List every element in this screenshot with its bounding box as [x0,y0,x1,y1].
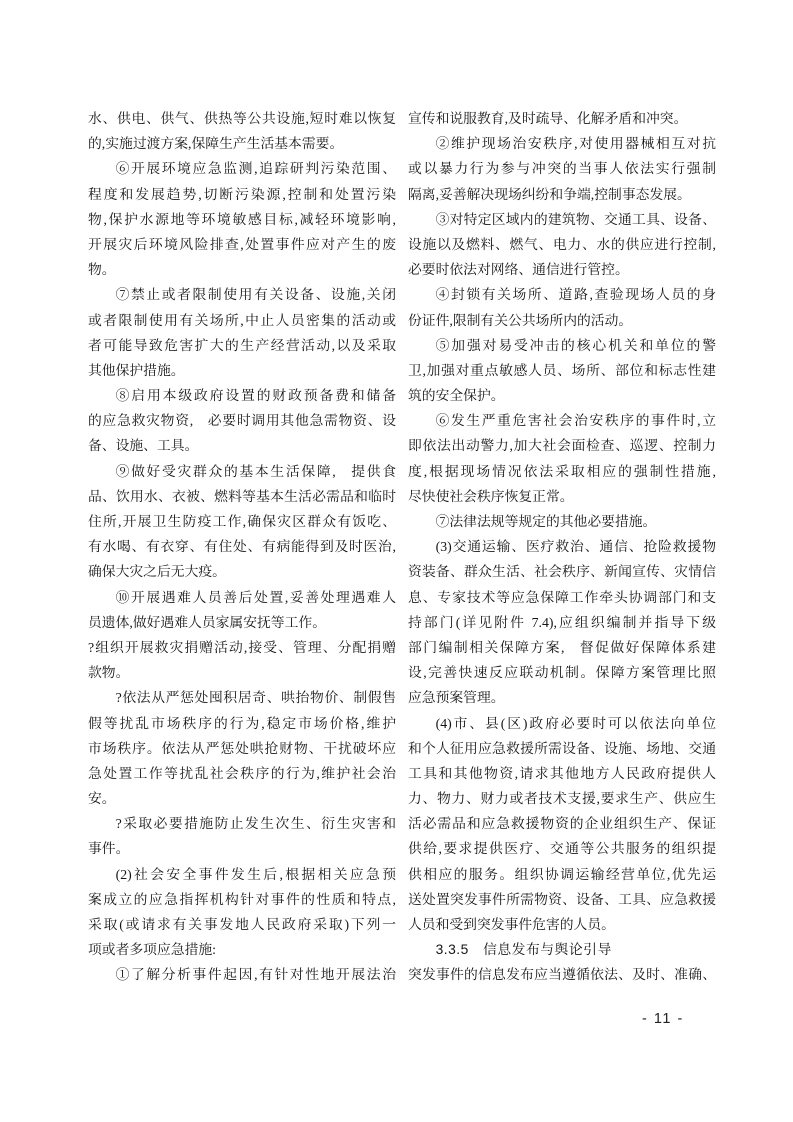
text-line: 供相应的服务。组织协调运输经营单位,优先运 [408,862,716,887]
text-line: 开展灾后环境风险排查,处置事件应对产生的废 [88,232,396,257]
text-line: 工具和其他物资,请求其他地方人民政府提供人 [408,761,716,786]
text-line: ③对特定区域内的建筑物、交通工具、设备、 [408,207,716,232]
text-line: ⑥开展环境应急监测,追踪研判污染范围、 [88,156,396,181]
text-line: ⑥发生严重危害社会治安秩序的事件时,立 [408,408,716,433]
text-line: 其他保护措施。 [88,358,396,383]
text-line: 活必需品和应急救援物资的企业组织生产、保证 [408,811,716,836]
text-line: ?采取必要措施防止发生次生、衍生灾害和 [88,811,396,836]
text-line: 程度和发展趋势,切断污染源,控制和处置污染 [88,182,396,207]
text-line: 设,完善快速反应联动机制。保障方案管理比照 [408,660,716,685]
section-heading: 3.3.5 信息发布与舆论引导 [408,937,716,962]
text-line: 人员和受到突发事件危害的人员。 [408,912,716,937]
text-line: 的,实施过渡方案,保障生产生活基本需要。 [88,131,396,156]
text-line: 隔离,妥善解决现场纠纷和争端,控制事态发展。 [408,182,716,207]
text-line: 备、设施、工具。 [88,433,396,458]
text-line: 物,保护水源地等环境敏感目标,减轻环境影响, [88,207,396,232]
text-line: 设施以及燃料、燃气、电力、水的供应进行控制, [408,232,716,257]
text-line: ⑩开展遇难人员善后处置,妥善处理遇难人 [88,585,396,610]
text-line: 员遗体,做好遇难人员家属安抚等工作。 [88,610,396,635]
text-line: ?依法从严惩处囤积居奇、哄抬物价、制假售 [88,685,396,710]
text-line: 卫,加强对重点敏感人员、场所、部位和标志性建 [408,358,716,383]
text-line: 即依法出动警力,加大社会面检查、巡逻、控制力 [408,433,716,458]
text-line: 住所,开展卫生防疫工作,确保灾区群众有饭吃、 [88,509,396,534]
text-line: 或者限制使用有关场所,中止人员密集的活动或 [88,308,396,333]
text-line: 项或者多项应急措施: [88,937,396,962]
text-line: 度,根据现场情况依法采取相应的强制性措施, [408,459,716,484]
text-line: 突发事件的信息发布应当遵循依法、及时、准确、 [408,962,716,987]
text-line: 采取(或请求有关事发地人民政府采取)下列一 [88,912,396,937]
text-line: (4)市、县(区)政府必要时可以依法向单位 [408,711,716,736]
text-line: 资装备、群众生活、社会秩序、新闻宣传、灾情信 [408,559,716,584]
page-number: - 11 - [642,1011,684,1027]
text-line: ⑧启用本级政府设置的财政预备费和储备 [88,383,396,408]
column-left: 水、供电、供气、供热等公共设施,短时难以恢复的,实施过渡方案,保障生产生活基本需… [88,106,396,988]
column-right: 宣传和说服教育,及时疏导、化解矛盾和冲突。②维护现场治安秩序,对使用器械相互对抗… [408,106,716,988]
text-line: 力、物力、财力或者技术支援,要求生产、供应生 [408,786,716,811]
text-line: 款物。 [88,660,396,685]
text-line: 份证件,限制有关公共场所内的活动。 [408,308,716,333]
text-line: ⑦禁止或者限制使用有关设备、设施,关闭 [88,282,396,307]
text-line: 有水喝、有衣穿、有住处、有病能得到及时医治, [88,534,396,559]
text-line: 急处置工作等扰乱社会秩序的行为,维护社会治 [88,761,396,786]
text-line: 案成立的应急指挥机构针对事件的性质和特点, [88,887,396,912]
text-line: 确保大灾之后无大疫。 [88,559,396,584]
text-line: ④封锁有关场所、道路,查验现场人员的身 [408,282,716,307]
text-line: (3)交通运输、医疗救治、通信、抢险救援物 [408,534,716,559]
text-line: 假等扰乱市场秩序的行为,稳定市场价格,维护 [88,711,396,736]
text-line: 物。 [88,257,396,282]
text-line: 和个人征用应急救援所需设备、设施、场地、交通 [408,736,716,761]
text-line: 品、饮用水、衣被、燃料等基本生活必需品和临时 [88,484,396,509]
text-line: ②维护现场治安秩序,对使用器械相互对抗 [408,131,716,156]
text-line: ⑨做好受灾群众的基本生活保障, 提供食 [88,459,396,484]
text-line: 送处置突发事件所需物资、设备、工具、应急救援 [408,887,716,912]
text-line: 持部门(详见附件 7.4),应组织编制并指导下级 [408,610,716,635]
text-line: 宣传和说服教育,及时疏导、化解矛盾和冲突。 [408,106,716,131]
text-line: ⑦法律法规等规定的其他必要措施。 [408,509,716,534]
text-line: 安。 [88,786,396,811]
text-line: 或以暴力行为参与冲突的当事人依法实行强制 [408,156,716,181]
text-line: (2)社会安全事件发生后,根据相关应急预 [88,862,396,887]
text-line: ⑤加强对易受冲击的核心机关和单位的警 [408,333,716,358]
document-page: 水、供电、供气、供热等公共设施,短时难以恢复的,实施过渡方案,保障生产生活基本需… [0,0,793,1122]
text-line: 应急预案管理。 [408,685,716,710]
text-line: 者可能导致危害扩大的生产经营活动,以及采取 [88,333,396,358]
text-line: 水、供电、供气、供热等公共设施,短时难以恢复 [88,106,396,131]
text-line: 尽快使社会秩序恢复正常。 [408,484,716,509]
text-line: ①了解分析事件起因,有针对性地开展法治 [88,962,396,987]
text-line: 的应急救灾物资, 必要时调用其他急需物资、设 [88,408,396,433]
text-line: 供给,要求提供医疗、交通等公共服务的组织提 [408,836,716,861]
text-line: 事件。 [88,836,396,861]
text-line: 息、专家技术等应急保障工作牵头协调部门和支 [408,585,716,610]
text-line: 部门编制相关保障方案, 督促做好保障体系建 [408,635,716,660]
text-line: 筑的安全保护。 [408,383,716,408]
text-line: ?组织开展救灾捐赠活动,接受、管理、分配捐赠 [88,635,396,660]
text-line: 必要时依法对网络、通信进行管控。 [408,257,716,282]
text-line: 市场秩序。依法从严惩处哄抢财物、干扰破坏应 [88,736,396,761]
